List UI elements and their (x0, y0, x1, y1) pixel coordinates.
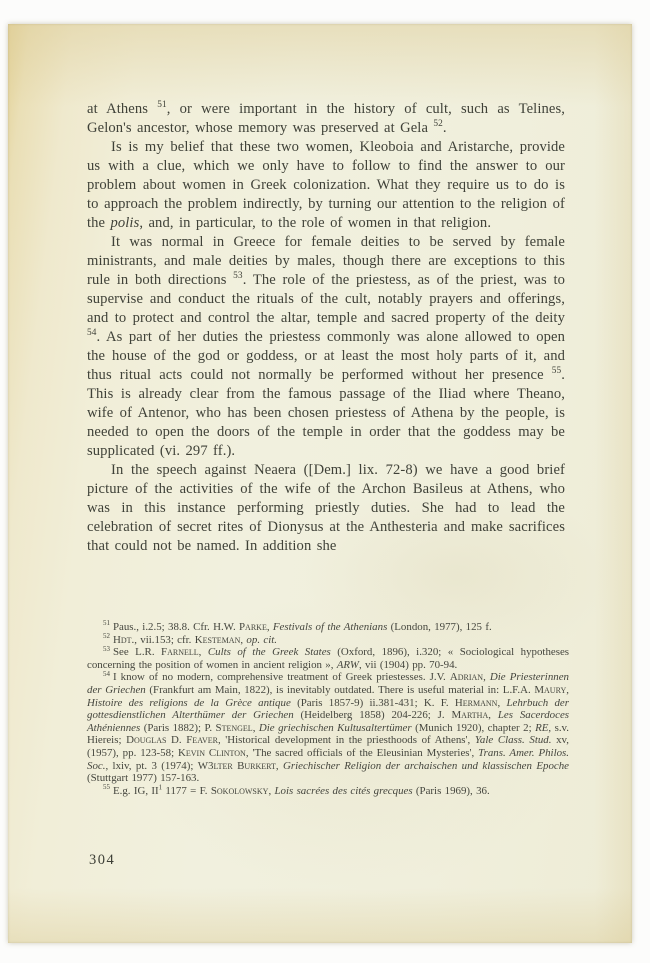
text-segment: Hermann (455, 697, 498, 709)
text-segment: (Paris 1882); P. (140, 722, 215, 734)
text-segment: RE (535, 722, 548, 734)
text-segment: op. cit. (246, 634, 277, 646)
text-segment: 53 (233, 271, 243, 281)
text-segment: Parke (239, 621, 267, 633)
footnote: 51Paus., i.2.5; 38.8. Cfr. H.W. Parke, F… (87, 621, 569, 634)
text-segment: Kevin Clinton (178, 747, 246, 759)
footnote-marker: 54 (103, 670, 110, 678)
text-segment: , (566, 684, 569, 696)
text-segment: , 'Historical development in the priesth… (218, 734, 475, 746)
text-segment: 51 (157, 100, 167, 110)
text-segment: Hdt. (113, 634, 134, 646)
text-segment: polis (110, 215, 139, 231)
footnote: 52Hdt., vii.153; cfr. Kesteman, op. cit. (87, 634, 569, 647)
text-segment: Festivals of the Athenians (273, 621, 387, 633)
text-segment: , and, in particular, to the role of wom… (139, 215, 491, 231)
text-segment: (Munich 1920), chapter 2; (412, 722, 535, 734)
page-number: 304 (89, 852, 115, 869)
footnote-marker: 51 (103, 619, 110, 627)
text-segment: , lxiv, pt. 3 (1974); (105, 760, 197, 772)
text-segment: In the speech against Neaera ([Dem.] lix… (87, 462, 565, 554)
footnotes: 51Paus., i.2.5; 38.8. Cfr. H.W. Parke, F… (87, 621, 569, 797)
text-segment: Martha (451, 709, 488, 721)
text-segment: Sokolowsky (211, 785, 269, 797)
footnote: 53See L.R. Farnell, Cults of the Greek S… (87, 646, 569, 671)
footnote-marker: 55 (103, 783, 110, 791)
text-segment: Histoire des religions de la Grèce antiq… (87, 697, 291, 709)
text-segment: ARW (337, 659, 359, 671)
paragraph: It was normal in Greece for female deiti… (87, 233, 565, 461)
text-segment: Cults of the Greek States (208, 646, 331, 658)
footnote-marker: 52 (103, 632, 110, 640)
main-text: at Athens 51, or were important in the h… (87, 100, 565, 556)
text-segment: (Heidelberg 1858) 204-226; J. (294, 709, 452, 721)
text-segment: . (443, 120, 447, 136)
text-segment: Griechischer Religion der archaischen un… (283, 760, 569, 772)
text-segment: , (488, 709, 498, 721)
text-segment: 52 (433, 119, 443, 129)
text-segment: Stengel (216, 722, 253, 734)
text-segment: at Athens (87, 101, 157, 117)
paragraph: In the speech against Neaera ([Dem.] lix… (87, 461, 565, 556)
text-segment: Die griechischen Kultusaltertümer (259, 722, 412, 734)
text-segment: Lois sacrées des cités grecques (274, 785, 412, 797)
text-segment: (Paris 1969), 36. (413, 785, 490, 797)
text-segment: (Frankfurt am Main, 1822), is inevitably… (146, 684, 535, 696)
text-segment: Adrian (450, 671, 483, 683)
text-segment: Douglas D. Feaver (126, 734, 218, 746)
text-segment: , vii.153; cfr. (134, 634, 194, 646)
text-segment: 54 (87, 328, 97, 338)
text-segment: , 'The sacred officials of the Eleusinia… (246, 747, 478, 759)
text-segment: See L.R. (113, 646, 161, 658)
text-segment: W3lter Burkert (198, 760, 276, 772)
text-segment: 1177 = F. (162, 785, 211, 797)
text-segment: (London, 1977), 125 f. (387, 621, 491, 633)
text-segment: . As part of her duties the priestess co… (87, 329, 565, 383)
text-segment: , (199, 646, 208, 658)
footnote: 55E.g. IG, II1 1177 = F. Sokolowsky, Loi… (87, 785, 569, 798)
text-segment: , vii (1904) pp. 70-94. (359, 659, 457, 671)
text-segment: , (276, 760, 283, 772)
text-segment: Yale Class. Stud. (475, 734, 552, 746)
text-segment: Paus., i.2.5; 38.8. Cfr. H.W. (113, 621, 239, 633)
text-segment: I know of no modern, comprehensive treat… (113, 671, 450, 683)
paragraph: Is is my belief that these two women, Kl… (87, 138, 565, 233)
text-segment: 55 (552, 366, 562, 376)
text-segment: , (483, 671, 490, 683)
footnote: 54I know of no modern, comprehensive tre… (87, 671, 569, 784)
text-segment: (Paris 1857-9) ii.381-431; K. F. (291, 697, 455, 709)
text-segment: Maury (534, 684, 566, 696)
scanned-book-page: at Athens 51, or were important in the h… (8, 24, 632, 943)
text-segment: Farnell (161, 646, 199, 658)
paragraph: at Athens 51, or were important in the h… (87, 100, 565, 138)
footnote-marker: 53 (103, 645, 110, 653)
text-segment: E.g. IG, II (113, 785, 159, 797)
text-segment: Kesteman (195, 634, 241, 646)
